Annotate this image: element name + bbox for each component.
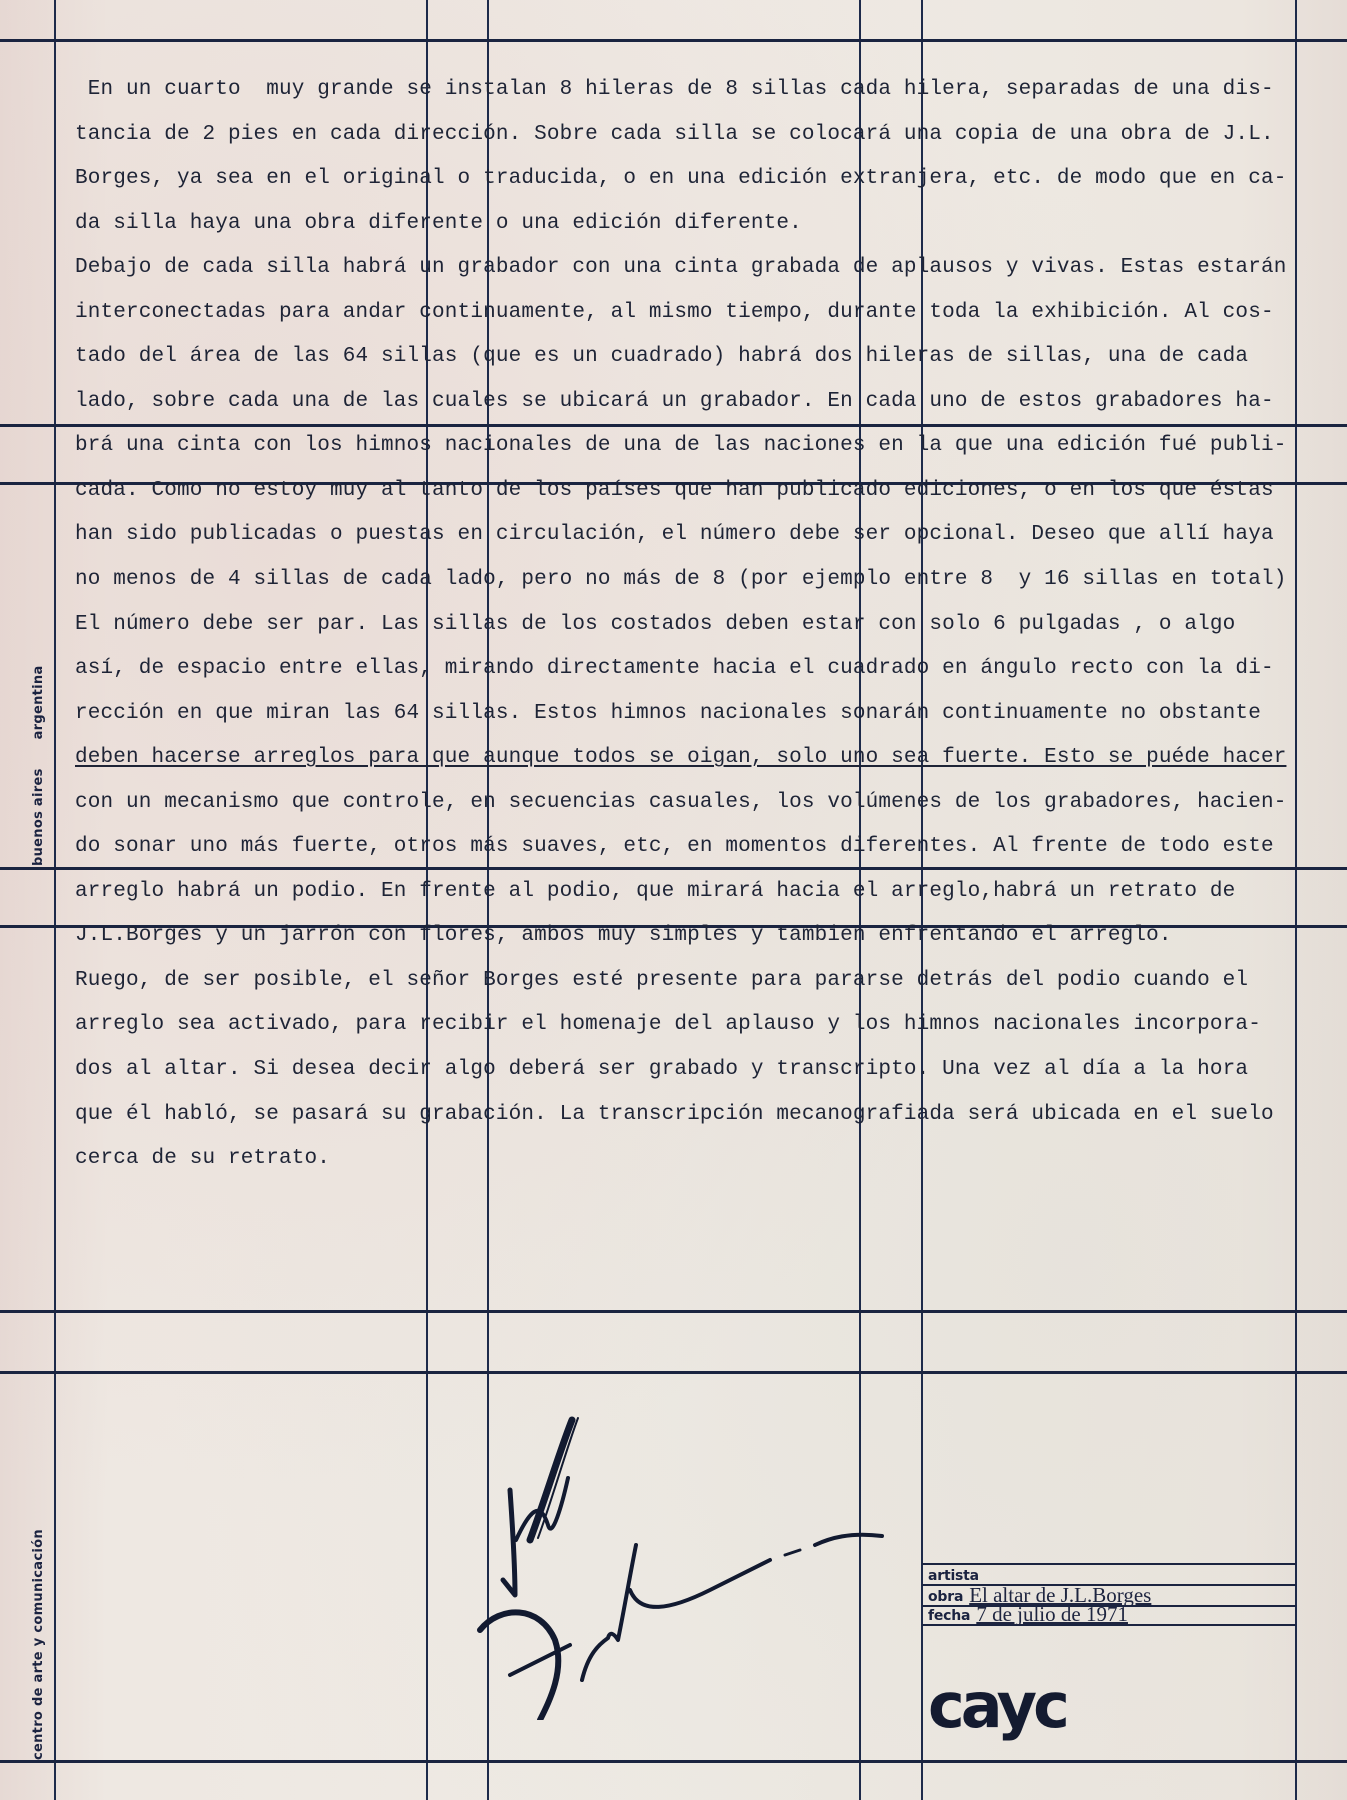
typed-line: do sonar uno más fuerte, otros más suave… — [75, 825, 1325, 870]
sidebar-country: argentina — [31, 665, 46, 739]
form-row-artist: artista — [922, 1563, 1296, 1584]
typed-line: lado, sobre cada una de las cuales se ub… — [75, 380, 1325, 425]
work-label: obra — [928, 1590, 963, 1605]
sidebar-city: buenos aires — [31, 768, 46, 866]
grid-horizontal-line — [0, 1310, 1347, 1313]
typed-line: así, de espacio entre ellas, mirando dir… — [75, 647, 1325, 692]
date-label: fecha — [928, 1609, 970, 1624]
typed-line: cada. Como no estoy muy al tanto de los … — [75, 469, 1325, 514]
typed-line: interconectadas para andar continuamente… — [75, 291, 1325, 336]
typed-line: arreglo habrá un podio. En frente al pod… — [75, 870, 1325, 915]
artist-label: artista — [928, 1569, 979, 1584]
artwork-info-form: artista obra El altar de J.L.Borges fech… — [922, 1563, 1296, 1626]
typed-line: Debajo de cada silla habrá un grabador c… — [75, 246, 1325, 291]
grid-vertical-line — [54, 0, 56, 1800]
typed-line: El número debe ser par. Las sillas de lo… — [75, 603, 1325, 648]
typed-line: no menos de 4 sillas de cada lado, pero … — [75, 558, 1325, 603]
typed-document-body: En un cuarto muy grande se instalan 8 hi… — [75, 68, 1325, 1182]
grid-horizontal-line — [0, 1371, 1347, 1374]
typed-line: tado del área de las 64 sillas (que es u… — [75, 335, 1325, 380]
typed-line: tancia de 2 pies en cada dirección. Sobr… — [75, 113, 1325, 158]
grid-horizontal-line — [0, 1760, 1347, 1763]
sidebar-institution-label: centro de arte y comunicación — [31, 1529, 46, 1760]
typed-line: da silla haya una obra diferente o una e… — [75, 202, 1325, 247]
typed-line: arreglo sea activado, para recibir el ho… — [75, 1003, 1325, 1048]
typed-line: que él habló, se pasará su grabación. La… — [75, 1093, 1325, 1138]
typed-line: dos al altar. Si desea decir algo deberá… — [75, 1048, 1325, 1093]
cayc-logo: cayc — [928, 1675, 1066, 1737]
typed-line: Ruego, de ser posible, el señor Borges e… — [75, 959, 1325, 1004]
typed-line: cerca de su retrato. — [75, 1137, 1325, 1182]
form-row-date: fecha 7 de julio de 1971 — [922, 1605, 1296, 1626]
typed-line: Borges, ya sea en el original o traducid… — [75, 157, 1325, 202]
typed-line: han sido publicadas o puestas en circula… — [75, 513, 1325, 558]
typed-line: J.L.Borges y un jarrón con flores, ambos… — [75, 914, 1325, 959]
typed-line: En un cuarto muy grande se instalan 8 hi… — [75, 68, 1325, 113]
typed-line: con un mecanismo que controle, en secuen… — [75, 781, 1325, 826]
typed-line: rección en que miran las 64 sillas. Esto… — [75, 692, 1325, 737]
sidebar-location-label: buenos aires argentina — [31, 665, 46, 866]
signature-icon — [470, 1390, 890, 1720]
grid-horizontal-line — [0, 39, 1347, 42]
typed-line-underlined: deben hacerse arreglos para que aunque t… — [75, 736, 1325, 781]
date-value: 7 de julio de 1971 — [976, 1605, 1128, 1624]
typed-line: brá una cinta con los himnos nacionales … — [75, 424, 1325, 469]
